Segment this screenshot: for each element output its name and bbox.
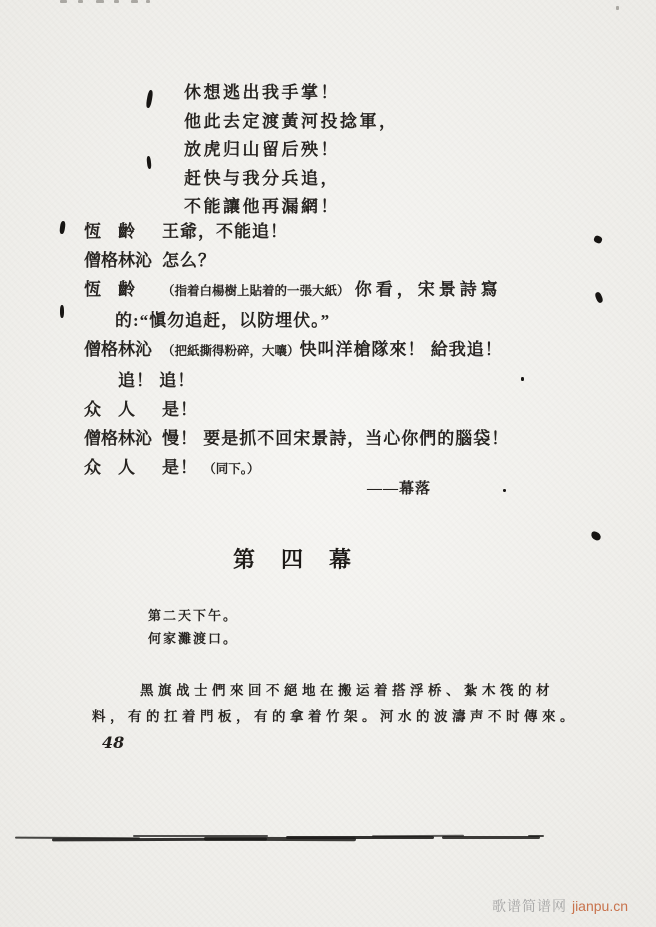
ink-speck xyxy=(594,291,604,303)
scene-setting: 第二天下午。 何家灘渡口。 xyxy=(148,604,238,650)
dialogue-text: 慢！ 要是抓不回宋景詩，当心你們的腦袋！ xyxy=(162,429,509,448)
top-edge-fragment xyxy=(96,0,104,3)
act-title: 第 四 幕 xyxy=(233,543,353,574)
speaker-name: 恆 齡 xyxy=(84,217,162,246)
dialogue-text: 是！ xyxy=(162,400,198,419)
stage-direction-paragraph: 黑旗战士們來回不絕地在搬运着搭浮桥、紮木筏的材 料，有的扛着門板，有的拿着竹架。… xyxy=(92,678,578,730)
dialogue-continuation: 的:“愼勿追赶，以防埋伏。” xyxy=(84,306,584,335)
verse-line: 放虎归山留后殃！ xyxy=(184,136,399,165)
dialogue-text: 你看，宋景詩寫 xyxy=(355,280,502,299)
top-edge-fragment xyxy=(616,6,619,10)
dialogue-row: 僧格林沁（把紙撕得粉碎，大嚷）快叫洋槍隊來！ 給我追！ xyxy=(84,335,584,366)
ink-speck xyxy=(521,377,524,381)
scan-noise-segment xyxy=(442,836,540,839)
speaker-name: 僧格林沁 xyxy=(84,246,162,275)
ink-speck xyxy=(145,90,153,109)
top-edge-fragment xyxy=(78,0,83,3)
ink-speck xyxy=(59,221,66,235)
top-edge-fragment xyxy=(60,0,67,3)
scanned-script-page: 休想逃出我手掌！ 他此去定渡黃河投捻軍， 放虎归山留后殃！ 赶快与我分兵追， 不… xyxy=(0,0,656,927)
ink-speck xyxy=(60,305,64,318)
scene-setting-line: 何家灘渡口。 xyxy=(148,627,238,650)
dialogue-text: 怎么？ xyxy=(162,251,216,270)
watermark-site-url: jianpu.cn xyxy=(572,898,628,914)
ink-speck xyxy=(503,489,506,492)
verse-line: 休想逃出我手掌！ xyxy=(184,79,399,108)
dialogue-text: 王爺，不能追！ xyxy=(162,222,288,241)
scene-setting-line: 第二天下午。 xyxy=(148,604,238,627)
dialogue-text: 快叫洋槍隊來！ 給我追！ xyxy=(300,340,503,359)
speaker-name: 恆 齡 xyxy=(84,275,162,304)
stage-direction-inline: （同下。） xyxy=(203,462,259,476)
speaker-name: 僧格林沁 xyxy=(84,424,162,453)
dialogue-row: 恆 齡王爺，不能追！ xyxy=(84,217,584,246)
verse-line: 他此去定渡黃河投捻軍， xyxy=(184,108,399,137)
stage-paragraph-line: 黑旗战士們來回不絕地在搬运着搭浮桥、紮木筏的材 xyxy=(92,678,578,704)
dialogue-row: 僧格林沁慢！ 要是抓不回宋景詩，当心你們的腦袋！ xyxy=(84,424,584,453)
speaker-name: 众 人 xyxy=(84,395,162,424)
dialogue-text: 是！ xyxy=(162,458,198,477)
verse-line: 赶快与我分兵追， xyxy=(184,165,399,194)
watermark: 歌谱简谱网jianpu.cn xyxy=(492,896,628,916)
ink-speck xyxy=(146,156,151,169)
dialogue-continuation: 追！ 追！ xyxy=(84,366,584,395)
top-edge-fragment xyxy=(114,0,119,3)
watermark-site-name: 歌谱简谱网 xyxy=(492,898,567,914)
stage-direction-inline: （指着白楊樹上貼着的一張大紙） xyxy=(162,284,350,298)
dialogue-row: 众 人是！ （同下。） xyxy=(84,453,584,484)
top-edge-fragment xyxy=(146,0,150,3)
ink-speck xyxy=(593,235,603,245)
stage-direction-inline: （把紙撕得粉碎，大嚷） xyxy=(162,344,300,358)
speaker-name: 僧格林沁 xyxy=(84,335,162,364)
top-edge-fragment xyxy=(131,0,138,3)
dialogue-row: 僧格林沁怎么？ xyxy=(84,246,584,275)
verse-block: 休想逃出我手掌！ 他此去定渡黃河投捻軍， 放虎归山留后殃！ 赶快与我分兵追， 不… xyxy=(184,79,399,222)
dialogue-row: 恆 齡（指着白楊樹上貼着的一張大紙） 你看，宋景詩寫 xyxy=(84,275,584,306)
page-number: 48 xyxy=(102,733,124,752)
dialogue-block: 恆 齡王爺，不能追！ 僧格林沁怎么？ 恆 齡（指着白楊樹上貼着的一張大紙） 你看… xyxy=(84,217,584,484)
speaker-name: 众 人 xyxy=(84,453,162,482)
stage-paragraph-line: 料，有的扛着門板，有的拿着竹架。河水的波濤声不时傳來。 xyxy=(92,704,578,730)
curtain-note: ——幕落 xyxy=(367,477,431,498)
scan-noise-segment xyxy=(528,835,544,837)
ink-speck xyxy=(590,531,602,542)
dialogue-row: 众 人是！ xyxy=(84,395,584,424)
